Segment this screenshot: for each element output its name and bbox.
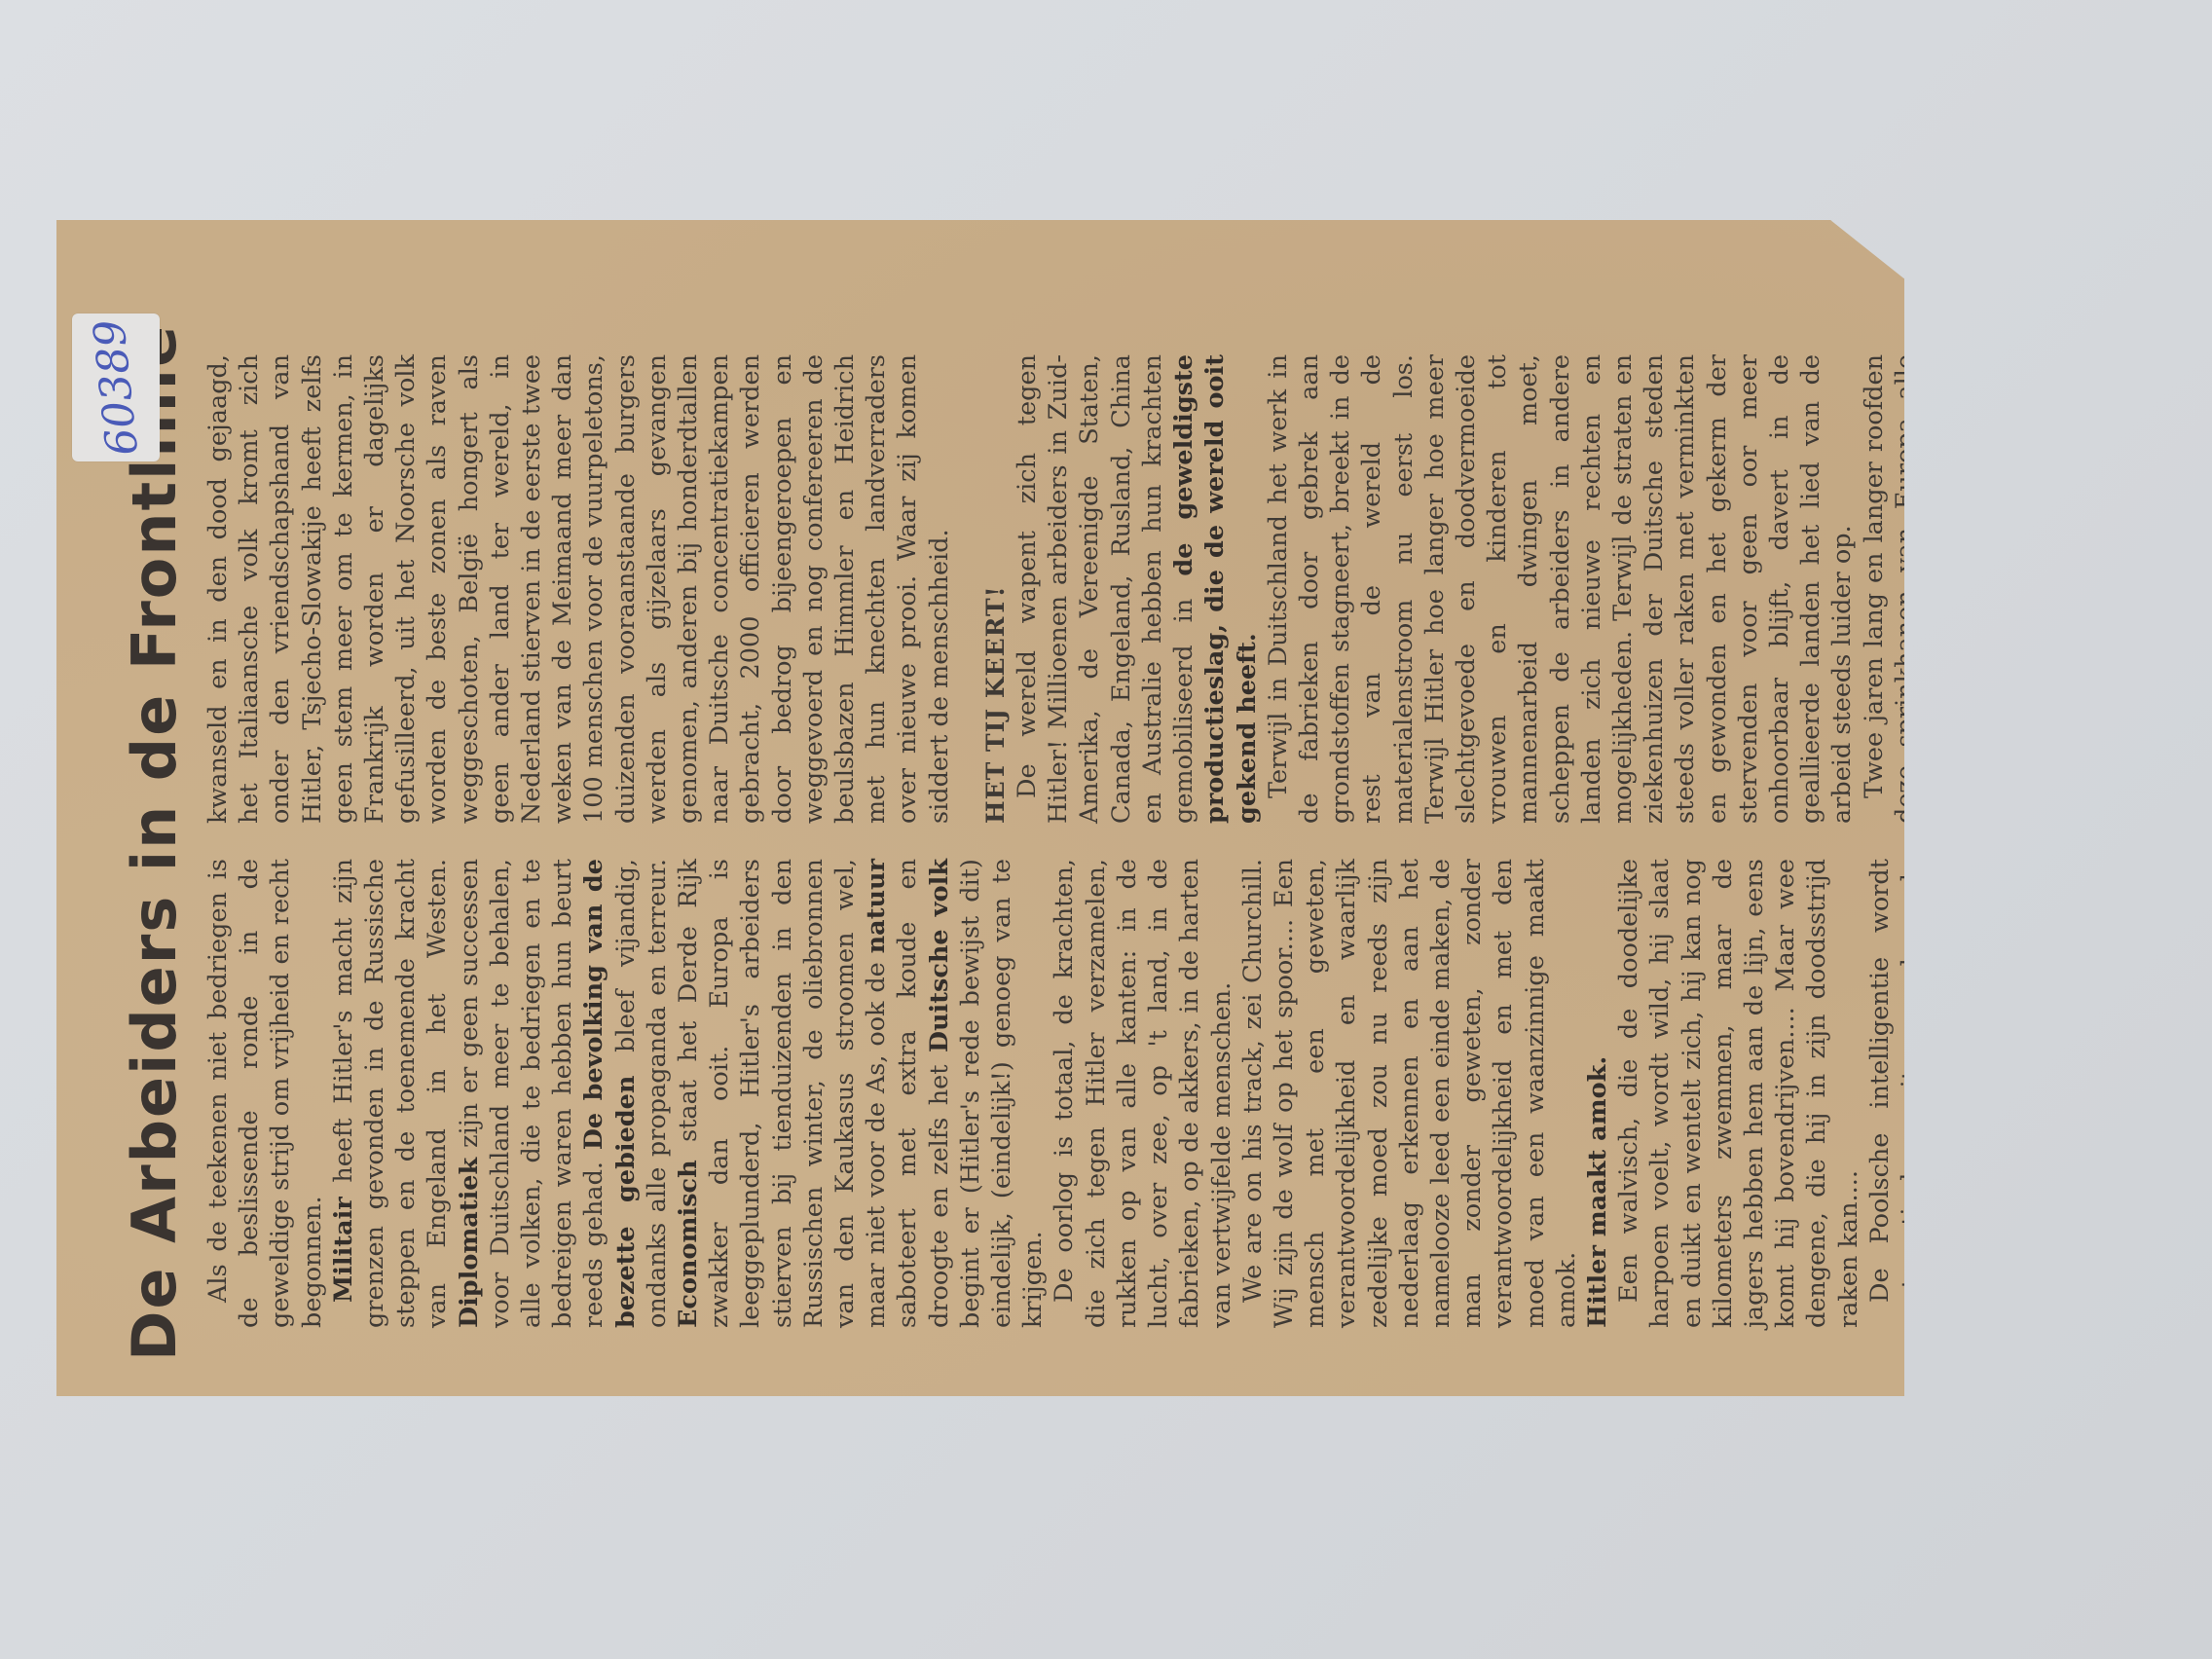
newspaper-clipping: De Arbeiders in de Frontlinie 60389 Als … [56, 220, 1904, 1396]
archive-label-sticker: 60389 [72, 313, 160, 461]
subheading: Hitler maakt amok. [1582, 859, 1613, 1328]
paragraph: De wereld wapent zich tegen Hitler! Mill… [1012, 354, 1263, 824]
paragraph: Twee jaren lang en langer roofden deze s… [1859, 354, 2110, 824]
paragraph: Als de teekenen niet bedriegen is de bes… [203, 859, 328, 1328]
article-column-2: kwanseld en in den dood gejaagd, het Ita… [203, 354, 1838, 824]
article-column-1: Als de teekenen niet bedriegen is de bes… [203, 859, 1838, 1328]
paragraph: Terwijl in Duitschland het werk in de fa… [1263, 354, 1859, 824]
section-heading: HET TIJ KEERT! [980, 354, 1012, 824]
paragraph: kwanseld en in den dood gejaagd, het Ita… [203, 354, 955, 824]
article-title: De Arbeiders in de Frontlinie [119, 324, 190, 1361]
paragraph: Militair heeft Hitler's macht zijn grenz… [328, 859, 1050, 1328]
paragraph: De Poolsche intelligentie wordt systemat… [1864, 859, 2083, 1328]
paragraph: We are on his track, zei Churchill. Wij … [1237, 859, 1582, 1328]
paragraph: De oorlog is totaal, de krachten, die zi… [1049, 859, 1236, 1328]
archive-number: 60389 [84, 317, 147, 459]
article-body: Als de teekenen niet bedriegen is de bes… [203, 354, 1838, 1328]
paragraph: Een walvisch, die de doodelijke harpoen … [1613, 859, 1864, 1328]
